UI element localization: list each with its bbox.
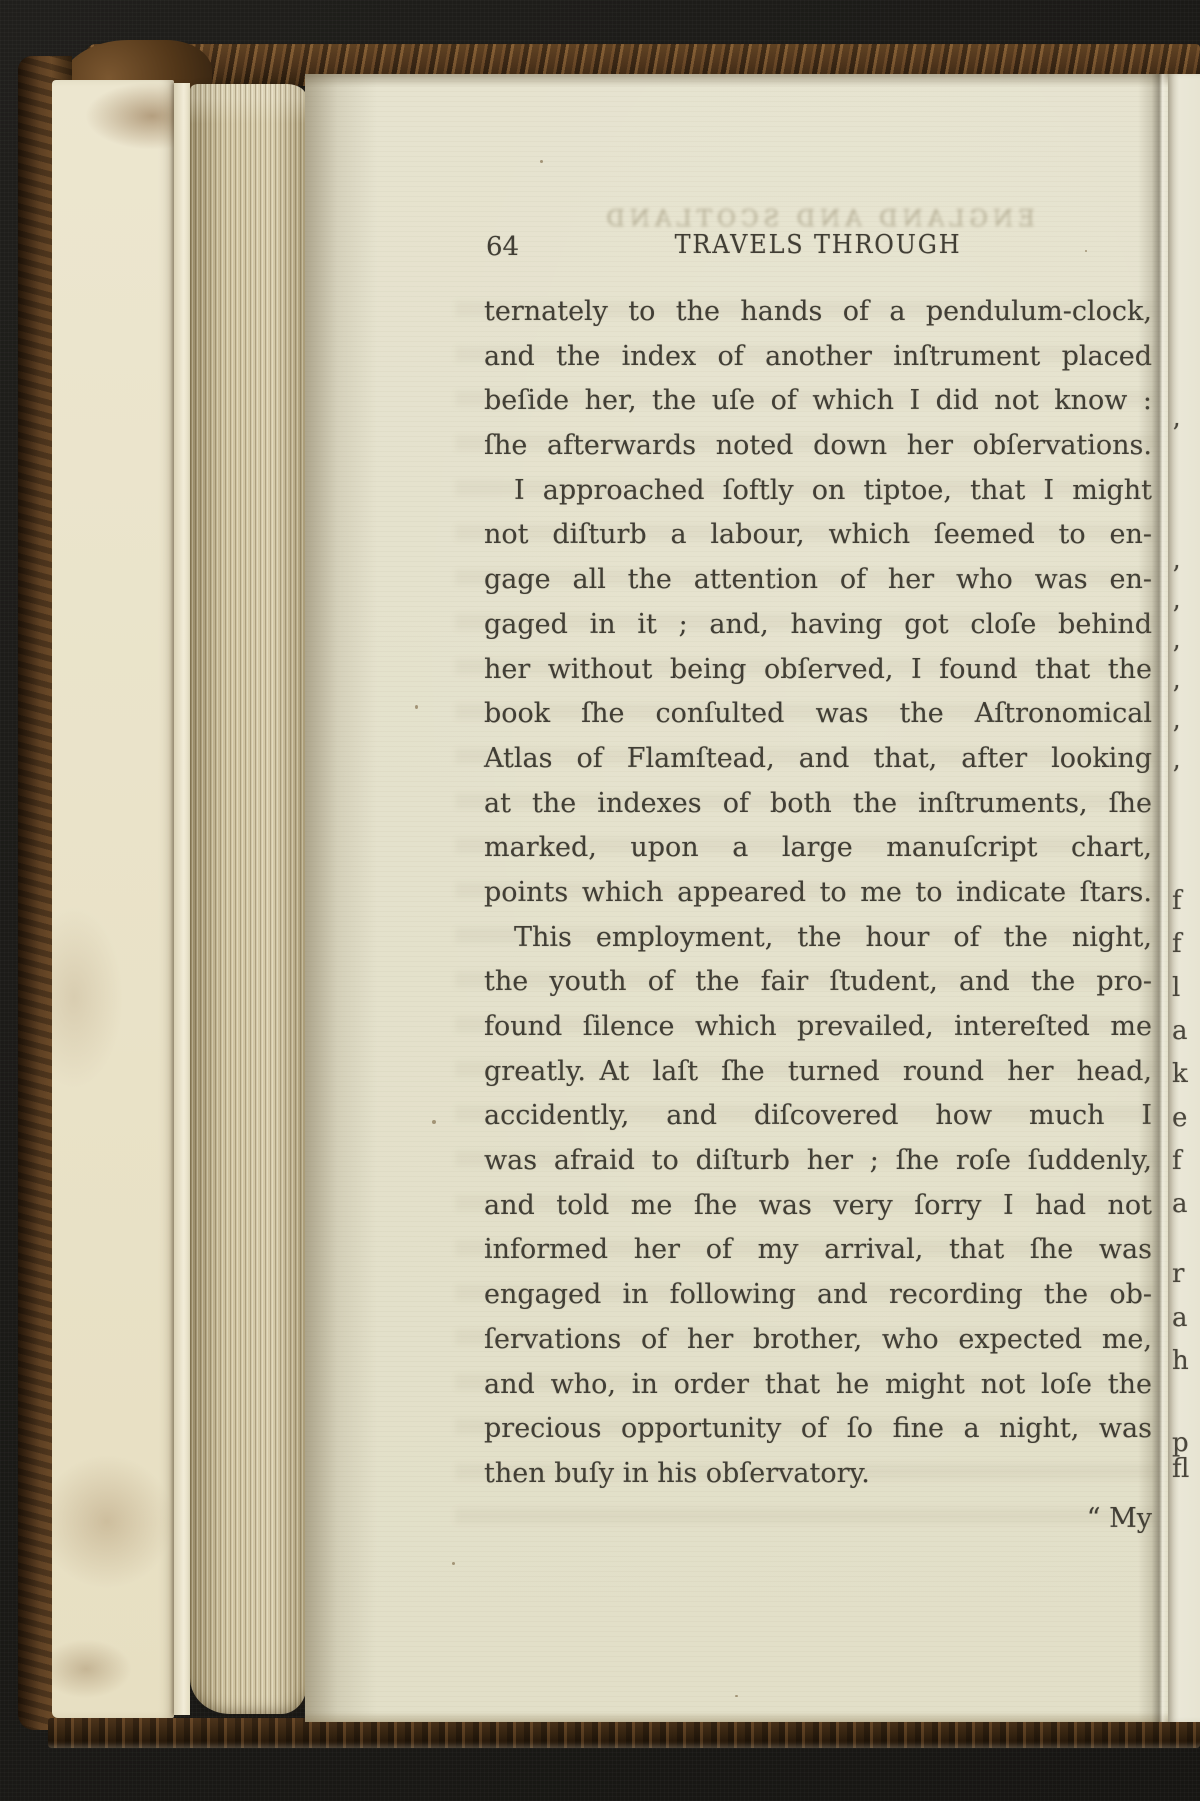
text-line: marked, upon a large manuſcript chart, xyxy=(484,826,1152,871)
facing-page-text-fragment: a xyxy=(1172,1305,1188,1331)
page-text-block: ENGLAND AND SCOTLAND 64 TRAVELS THROUGH … xyxy=(484,230,1152,1541)
facing-page-text-fragment: f xyxy=(1172,1148,1182,1174)
facing-page-text-fragment: h xyxy=(1172,1348,1189,1374)
facing-page-text-fragment: ’ xyxy=(1172,563,1180,589)
paper-speck xyxy=(415,705,418,709)
text-line: accidently, and diſcovered how much I xyxy=(484,1094,1152,1139)
text-line: greatly. At laſt ſhe turned round her he… xyxy=(484,1050,1152,1095)
text-line: and who, in order that he might not loſe… xyxy=(484,1363,1152,1408)
facing-page-text-fragment: f xyxy=(1172,931,1182,957)
page-header: 64 TRAVELS THROUGH xyxy=(484,230,1152,290)
body-text: ternately to the hands of a pendulum-clo… xyxy=(484,290,1152,1497)
facing-page-text-fragment: fl xyxy=(1172,1456,1189,1482)
facing-page-text-fragment: ’ xyxy=(1172,763,1180,789)
text-line: not diſturb a labour, which ſeemed to en… xyxy=(484,513,1152,558)
text-line: gage all the attention of her who was en… xyxy=(484,558,1152,603)
gutter-shadow xyxy=(305,74,377,1722)
flyleaf-page xyxy=(52,80,174,1718)
facing-page-text-fragment: ’ xyxy=(1172,723,1180,749)
text-line: gaged in it ; and, having got cloſe behi… xyxy=(484,603,1152,648)
text-line: book ſhe conſulted was the Aſtronomical xyxy=(484,692,1152,737)
paper-speck xyxy=(432,1120,436,1124)
text-line: I approached ſoftly on tiptoe, that I mi… xyxy=(484,469,1152,514)
page-number: 64 xyxy=(486,232,519,262)
flyleaf-page-edge xyxy=(174,83,190,1715)
facing-page-text-fragment: f xyxy=(1172,888,1182,914)
text-line: at the indexes of both the inſtruments, … xyxy=(484,782,1152,827)
paper-speck xyxy=(540,160,543,163)
facing-page-text-fragment: a xyxy=(1172,1191,1188,1217)
facing-page-text-fragment: k xyxy=(1172,1061,1188,1087)
text-line: informed her of my arrival, that ſhe was xyxy=(484,1228,1152,1273)
text-line: ſervations of her brother, who expected … xyxy=(484,1318,1152,1363)
paper-speck xyxy=(735,1695,738,1697)
text-line: was afraid to diſturb her ; ſhe roſe ſud… xyxy=(484,1139,1152,1184)
book-page: ENGLAND AND SCOTLAND 64 TRAVELS THROUGH … xyxy=(305,74,1200,1722)
page-crease-shadow xyxy=(1138,74,1172,1722)
facing-page-text-fragment: l xyxy=(1172,975,1180,1001)
text-line: points which appeared to me to indicate … xyxy=(484,871,1152,916)
text-line: engaged in following and recording the o… xyxy=(484,1273,1152,1318)
text-line: and told me ſhe was very ſorry I had not xyxy=(484,1184,1152,1229)
book-scan-photo: ENGLAND AND SCOTLAND 64 TRAVELS THROUGH … xyxy=(0,0,1200,1801)
text-line: precious opportunity of ſo fine a night,… xyxy=(484,1407,1152,1452)
text-line: found ſilence which prevailed, intereſte… xyxy=(484,1005,1152,1050)
text-line: This employment, the hour of the night, xyxy=(484,916,1152,961)
text-line: and the index of another inſtrument plac… xyxy=(484,335,1152,380)
facing-page-text-fragment: ’ xyxy=(1172,643,1180,669)
text-line: the youth of the fair ſtudent, and the p… xyxy=(484,960,1152,1005)
book-cover-bottom-edge xyxy=(48,1718,1200,1748)
facing-page-text-fragment: ’ xyxy=(1172,421,1180,447)
facing-page-text-fragment: ’ xyxy=(1172,603,1180,629)
text-line: her without being obſerved, I found that… xyxy=(484,648,1152,693)
facing-page-text-fragment: a xyxy=(1172,1018,1188,1044)
text-line: ternately to the hands of a pendulum-clo… xyxy=(484,290,1152,335)
facing-page-text-fragment: r xyxy=(1172,1261,1184,1287)
page-stack-fore-edge xyxy=(190,84,307,1714)
text-line: beſide her, the uſe of which I did not k… xyxy=(484,379,1152,424)
facing-page-text-fragment: e xyxy=(1172,1105,1187,1131)
text-line: ſhe afterwards noted down her obſervatio… xyxy=(484,424,1152,469)
paper-speck xyxy=(1085,250,1087,252)
paper-speck xyxy=(452,1562,455,1565)
facing-page-sliver: ’’’’’’’fflakefarahpfl xyxy=(1168,74,1200,1722)
catchword: “ My xyxy=(484,1497,1152,1542)
showthrough-running-title: ENGLAND AND SCOTLAND xyxy=(484,206,1152,232)
running-title: TRAVELS THROUGH xyxy=(675,230,962,260)
text-line: then buſy in his obſervatory. xyxy=(484,1452,1152,1497)
text-line: Atlas of Flamſtead, and that, after look… xyxy=(484,737,1152,782)
facing-page-text-fragment: p xyxy=(1172,1430,1189,1456)
facing-page-text-fragment: ’ xyxy=(1172,683,1180,709)
